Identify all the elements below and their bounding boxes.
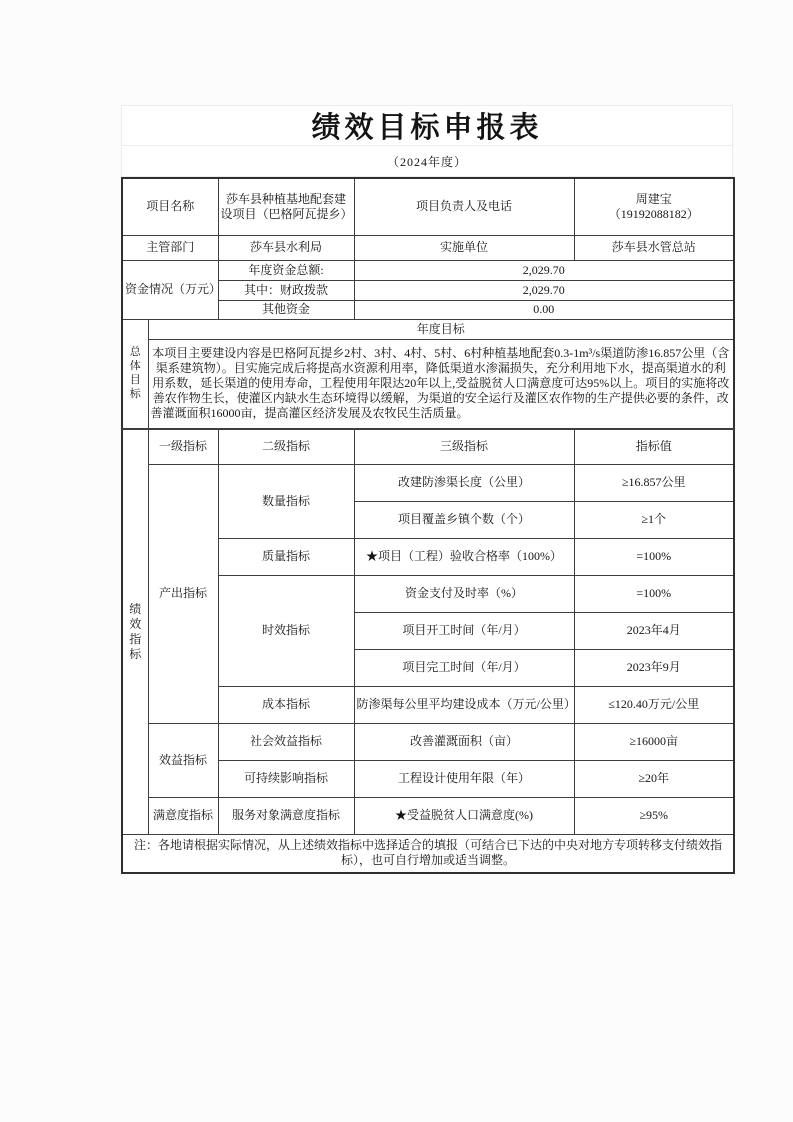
dept-value: 莎车县水利局 <box>218 235 354 260</box>
header-value: 指标值 <box>574 429 734 464</box>
funding-total-value: 2,029.70 <box>354 260 734 280</box>
dept-label: 主管部门 <box>122 235 218 260</box>
indicator-name: 项目覆盖乡镇个数（个） <box>354 501 574 538</box>
indicator-name: 改善灌溉面积（亩） <box>354 723 574 760</box>
leader-value: 周建宝 （19192088182） <box>574 178 734 235</box>
header-level1: 一级指标 <box>148 429 218 464</box>
funding-fiscal-value: 2,029.70 <box>354 280 734 300</box>
table-row: 总体 目标 年度目标 <box>122 319 734 339</box>
indicator-value: ≥16.857公里 <box>574 464 734 501</box>
indicator-value: ≥16000亩 <box>574 723 734 760</box>
performance-target-table: 项目名称 莎车县种植基地配套建设项目（巴格阿瓦提乡） 项目负责人及电话 周建宝 … <box>121 177 735 874</box>
level1-output: 产出指标 <box>148 464 218 723</box>
header-level2: 二级指标 <box>218 429 354 464</box>
table-row: 项目名称 莎车县种植基地配套建设项目（巴格阿瓦提乡） 项目负责人及电话 周建宝 … <box>122 178 734 235</box>
indicator-name: 资金支付及时率（%） <box>354 575 574 612</box>
funding-other-label: 其他资金 <box>218 300 354 319</box>
table-row: 绩 效 指 标 一级指标 二级指标 三级指标 指标值 <box>122 429 734 464</box>
indicator-name: 防渗渠每公里平均建设成本（万元/公里） <box>354 686 574 723</box>
indicator-name: 项目开工时间（年/月） <box>354 612 574 649</box>
indicator-name: 项目完工时间（年/月） <box>354 649 574 686</box>
form-note: 注：各地请根据实际情况，从上述绩效指标中选择适合的填报（可结合已下达的中央对地方… <box>122 834 734 873</box>
annual-goal-header: 年度目标 <box>148 319 734 339</box>
impl-label: 实施单位 <box>354 235 574 260</box>
overall-goal-label: 总体 目标 <box>122 319 148 429</box>
level1-benefit: 效益指标 <box>148 723 218 797</box>
funding-fiscal-label: 其中：财政拨款 <box>218 280 354 300</box>
annual-goal-text: 本项目主要建设内容是巴格阿瓦提乡2村、3村、4村、5村、6村种植基地配套0.3-… <box>148 339 734 429</box>
indicator-value: ≥95% <box>574 797 734 834</box>
indicator-value: =100% <box>574 538 734 575</box>
indicator-value: ≥20年 <box>574 760 734 797</box>
table-row: 注：各地请根据实际情况，从上述绩效指标中选择适合的填报（可结合已下达的中央对地方… <box>122 834 734 873</box>
indicator-name: ★项目（工程）验收合格率（100%） <box>354 538 574 575</box>
level2-quantity: 数量指标 <box>218 464 354 538</box>
indicator-value: 2023年9月 <box>574 649 734 686</box>
indicator-value: ≥1个 <box>574 501 734 538</box>
table-row: 满意度指标 服务对象满意度指标 ★受益脱贫人口满意度(%) ≥95% <box>122 797 734 834</box>
title-block: 绩效目标申报表 （2024年度） <box>121 105 733 177</box>
level2-quality: 质量指标 <box>218 538 354 575</box>
level2-social-benefit: 社会效益指标 <box>218 723 354 760</box>
level2-sustainability: 可持续影响指标 <box>218 760 354 797</box>
document-page: 绩效目标申报表 （2024年度） 项目名称 莎车县种植基地配套建设项目（巴格阿瓦… <box>0 0 793 1122</box>
level2-timeliness: 时效指标 <box>218 575 354 686</box>
leader-label: 项目负责人及电话 <box>354 178 574 235</box>
project-name-value: 莎车县种植基地配套建设项目（巴格阿瓦提乡） <box>218 178 354 235</box>
indicator-value: =100% <box>574 575 734 612</box>
form-sheet: 绩效目标申报表 （2024年度） 项目名称 莎车县种植基地配套建设项目（巴格阿瓦… <box>121 105 733 874</box>
funding-other-value: 0.00 <box>354 300 734 319</box>
performance-indicators-label: 绩 效 指 标 <box>122 429 148 834</box>
header-level3: 三级指标 <box>354 429 574 464</box>
project-name-label: 项目名称 <box>122 178 218 235</box>
indicator-value: ≤120.40万元/公里 <box>574 686 734 723</box>
indicator-name: 改建防渗渠长度（公里） <box>354 464 574 501</box>
impl-value: 莎车县水管总站 <box>574 235 734 260</box>
indicator-value: 2023年4月 <box>574 612 734 649</box>
funding-label: 资金情况（万元） <box>122 260 218 319</box>
form-title: 绩效目标申报表 <box>122 106 732 146</box>
table-row: 主管部门 莎车县水利局 实施单位 莎车县水管总站 <box>122 235 734 260</box>
indicator-name: ★受益脱贫人口满意度(%) <box>354 797 574 834</box>
table-row: 产出指标 数量指标 改建防渗渠长度（公里） ≥16.857公里 <box>122 464 734 501</box>
table-row: 效益指标 社会效益指标 改善灌溉面积（亩） ≥16000亩 <box>122 723 734 760</box>
funding-total-label: 年度资金总额: <box>218 260 354 280</box>
table-row: 资金情况（万元） 年度资金总额: 2,029.70 <box>122 260 734 280</box>
level2-service-satisfaction: 服务对象满意度指标 <box>218 797 354 834</box>
level2-cost: 成本指标 <box>218 686 354 723</box>
form-subtitle: （2024年度） <box>122 146 732 176</box>
table-row: 本项目主要建设内容是巴格阿瓦提乡2村、3村、4村、5村、6村种植基地配套0.3-… <box>122 339 734 429</box>
level1-satisfaction: 满意度指标 <box>148 797 218 834</box>
indicator-name: 工程设计使用年限（年） <box>354 760 574 797</box>
